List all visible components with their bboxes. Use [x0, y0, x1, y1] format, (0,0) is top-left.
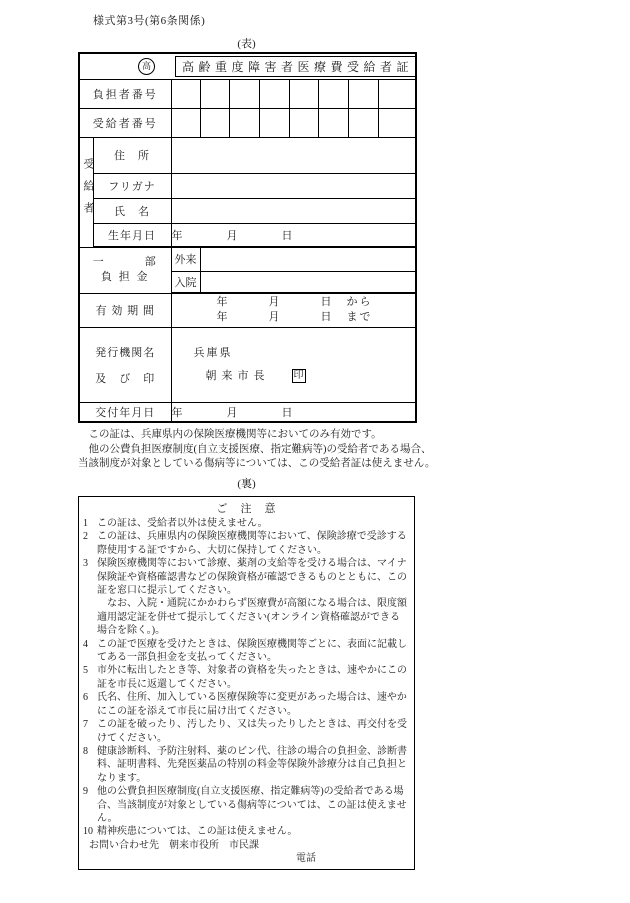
note-text: 他の公費負担医療制度(自立支援医療、指定難病等)の受給者である場	[97, 785, 404, 798]
note-line: にこの証を添えて市長に届け出てください。	[83, 705, 410, 718]
kou-circle-stamp: 高	[138, 58, 155, 75]
front-note-line: 当該制度が対象としている傷病等については、この受給者証は使えません。	[78, 457, 438, 472]
recipient-number-label: 受給者番号	[79, 108, 171, 137]
payer-number-digit-cell	[171, 79, 200, 108]
note-number	[83, 651, 97, 664]
issuer-mayor: 朝来市長	[206, 369, 270, 383]
recipient-number-digit-cell	[200, 108, 229, 137]
note-number	[83, 799, 97, 812]
note-number	[83, 812, 97, 825]
name-label: 氏 名	[93, 198, 171, 223]
outpatient-label: 外来	[171, 247, 200, 271]
note-text: なります。	[97, 772, 146, 785]
issuer-label-line2: 及 び 印	[95, 370, 155, 386]
note-line: 5 市外に転出したとき等、対象者の資格を失ったときは、速やかにこの	[83, 664, 410, 677]
note-number: 2	[83, 530, 97, 543]
note-text: 市外に転出したとき等、対象者の資格を失ったときは、速やかにこの	[97, 664, 407, 677]
note-line: てある一部負担金を支払ってください。	[83, 651, 410, 664]
note-line: 6 氏名、住所、加入している医療保険等に変更があった場合は、速やか	[83, 691, 410, 704]
copayment-label-line1: 一 部	[80, 255, 171, 270]
front-note-line: 他の公費負担医療制度(自立支援医療、指定難病等)の受給者である場合、	[78, 443, 438, 458]
note-number: 4	[83, 638, 97, 651]
recipient-number-open-cell	[378, 108, 416, 137]
note-number	[83, 597, 97, 610]
note-text: ん。	[97, 812, 118, 825]
recipient-number-digit-cell	[259, 108, 289, 137]
birthdate-label: 生年月日	[93, 223, 171, 247]
recipient-number-digit-cell	[229, 108, 259, 137]
note-number	[83, 571, 97, 584]
note-text: 場合を除く。)。	[97, 624, 165, 637]
note-number	[83, 584, 97, 597]
note-line: 際使用する証ですから、大切に保持してください。	[83, 544, 410, 557]
certificate-title: 高齢重度障害者医療費受給者証	[175, 56, 416, 77]
issuer-prefecture: 兵庫県	[172, 346, 416, 360]
copayment-label: 一 部 負 担 金	[79, 247, 171, 293]
note-line: ん。	[83, 812, 410, 825]
issuer-label: 発行機関名 及 び 印	[79, 327, 171, 402]
payer-number-digit-cell	[200, 79, 229, 108]
copayment-label-line2: 負 担 金	[80, 270, 171, 285]
outpatient-value-cell	[200, 247, 416, 271]
note-text: なお、入院・通院にかかわらず医療費が高額になる場合は、限度額	[97, 597, 407, 610]
note-line: なります。	[83, 772, 410, 785]
front-side-marker: (表)	[78, 35, 415, 51]
note-number	[83, 624, 97, 637]
note-text: この証は、兵庫県内の保険医療機関等において、保険診療で受診する	[97, 530, 407, 543]
note-line: 10 精神疾患については、この証は使えません。	[83, 825, 410, 838]
note-number	[83, 705, 97, 718]
note-number: 3	[83, 557, 97, 570]
note-text: 健康診断料、予防注射料、薬のビン代、往診の場合の負担金、診断書	[97, 745, 407, 758]
note-line: 保険証や資格確認書などの保険資格が確認できるものとともに、この	[83, 571, 410, 584]
recipient-number-digit-cell	[171, 108, 200, 137]
note-text: この証は、受給者以外は使えません。	[97, 517, 268, 530]
front-validity-notes: この証は、兵庫県内の保険医療機関等においてのみ有効です。 他の公費負担医療制度(…	[78, 428, 438, 472]
address-value-cell	[171, 137, 416, 173]
valid-period-to: 年 月 日 まで	[172, 310, 416, 325]
recipient-number-digit-cell	[318, 108, 348, 137]
furigana-label: フリガナ	[93, 173, 171, 198]
name-value-cell	[171, 198, 416, 223]
note-line: 適用認定証を併せて提示してください(オンライン資格確認ができる	[83, 611, 410, 624]
issuer-label-line1: 発行機関名	[95, 344, 155, 360]
inpatient-value-cell	[200, 271, 416, 293]
contact-info: お問い合わせ先 朝来市役所 市民課	[83, 839, 410, 852]
birthdate-value-cell: 年 月 日	[171, 223, 416, 247]
note-number	[83, 732, 97, 745]
note-line: なお、入院・通院にかかわらず医療費が高額になる場合は、限度額	[83, 597, 410, 610]
note-line: けてください。	[83, 732, 410, 745]
front-note-line: この証は、兵庫県内の保険医療機関等においてのみ有効です。	[78, 428, 438, 443]
note-number: 5	[83, 664, 97, 677]
furigana-value-cell	[171, 173, 416, 198]
note-number	[83, 611, 97, 624]
certificate-front-table: 高 高齢重度障害者医療費受給者証 負担者番号 受給者番号	[78, 52, 417, 423]
scanned-form-page: 様式第3号(第6条関係) (表) 高 高齢重度障害者医療費受給者証 負担者番号	[0, 0, 630, 903]
note-text: この証を破ったり、汚したり、又は失ったりしたときは、再交付を受	[97, 718, 407, 731]
note-text: 適用認定証を併せて提示してください(オンライン資格確認ができる	[97, 611, 400, 624]
recipient-group-label: 受給者	[79, 137, 93, 247]
note-number: 6	[83, 691, 97, 704]
certificate-title-row: 高 高齢重度障害者医療費受給者証	[79, 53, 416, 79]
note-text: てある一部負担金を支払ってください。	[97, 651, 277, 664]
note-line: 料、証明書料、先発医薬品の特別の料金等保険外診療分は自己負担と	[83, 758, 410, 771]
back-notes-list: 1 この証は、受給者以外は使えません。 2 この証は、兵庫県内の保険医療機関等に…	[83, 517, 410, 839]
issue-date-value-cell: 年 月 日	[171, 402, 416, 422]
payer-number-digit-cell	[348, 79, 378, 108]
certificate-back-notes-box: ご 注 意 1 この証は、受給者以外は使えません。 2 この証は、兵庫県内の保険…	[78, 496, 415, 870]
note-line: 証を窓口に提示してください。	[83, 584, 410, 597]
note-line: 8 健康診断料、予防注射料、薬のビン代、往診の場合の負担金、診断書	[83, 745, 410, 758]
address-label: 住 所	[93, 137, 171, 173]
payer-number-label: 負担者番号	[79, 79, 171, 108]
note-line: 合、当該制度が対象としている傷病等については、この証は使えませ	[83, 799, 410, 812]
valid-period-value-cell: 年 月 日 から 年 月 日 まで	[171, 293, 416, 327]
note-number	[83, 772, 97, 785]
issuer-value-cell: 兵庫県 朝来市長 印	[171, 327, 416, 402]
note-number	[83, 678, 97, 691]
note-number: 9	[83, 785, 97, 798]
payer-number-end-cell	[378, 79, 416, 108]
issue-date-label: 交付年月日	[79, 402, 171, 422]
note-text: 料、証明書料、先発医薬品の特別の料金等保険外診療分は自己負担と	[97, 758, 407, 771]
note-line: 3 保険医療機関等において診療、薬剤の支給等を受ける場合は、マイナ	[83, 557, 410, 570]
note-text: 精神疾患については、この証は使えません。	[97, 825, 297, 838]
note-text: 際使用する証ですから、大切に保持してください。	[97, 544, 327, 557]
seal-placeholder: 印	[292, 369, 306, 383]
back-notes-header: ご 注 意	[83, 501, 410, 517]
note-line: 証を市長に返還してください。	[83, 678, 410, 691]
note-text: けてください。	[97, 732, 167, 745]
note-text: 証を窓口に提示してください。	[97, 584, 237, 597]
note-text: 合、当該制度が対象としている傷病等については、この証は使えませ	[97, 799, 407, 812]
note-text: 保険証や資格確認書などの保険資格が確認できるものとともに、この	[97, 571, 407, 584]
note-number	[83, 758, 97, 771]
note-text: にこの証を添えて市長に届け出てください。	[97, 705, 297, 718]
payer-number-digit-cell	[289, 79, 318, 108]
recipient-number-digit-cell	[289, 108, 318, 137]
payer-number-digit-cell	[229, 79, 259, 108]
valid-period-from: 年 月 日 から	[172, 295, 416, 310]
note-text: 保険医療機関等において診療、薬剤の支給等を受ける場合は、マイナ	[97, 557, 407, 570]
form-number: 様式第3号(第6条関係)	[93, 12, 205, 28]
note-line: 2 この証は、兵庫県内の保険医療機関等において、保険診療で受診する	[83, 530, 410, 543]
valid-period-label: 有 効 期 間	[79, 293, 171, 327]
note-line: 場合を除く。)。	[83, 624, 410, 637]
back-side-marker: (裏)	[78, 475, 415, 491]
note-text: 氏名、住所、加入している医療保険等に変更があった場合は、速やか	[97, 691, 407, 704]
recipient-number-digit-cell	[348, 108, 378, 137]
note-number: 10	[83, 825, 97, 838]
note-text: 証を市長に返還してください。	[97, 678, 237, 691]
note-number: 8	[83, 745, 97, 758]
note-text: この証で医療を受けたときは、保険医療機関等ごとに、表面に記載し	[97, 638, 407, 651]
payer-number-digit-cell	[318, 79, 348, 108]
note-line: 9 他の公費負担医療制度(自立支援医療、指定難病等)の受給者である場	[83, 785, 410, 798]
recipient-group-vertical-text: 受給者	[80, 158, 93, 224]
note-number: 7	[83, 718, 97, 731]
phone-label: 電話	[83, 852, 410, 865]
note-line: 7 この証を破ったり、汚したり、又は失ったりしたときは、再交付を受	[83, 718, 410, 731]
note-line: 4 この証で医療を受けたときは、保険医療機関等ごとに、表面に記載し	[83, 638, 410, 651]
note-number: 1	[83, 517, 97, 530]
payer-number-digit-cell	[259, 79, 289, 108]
note-number	[83, 544, 97, 557]
inpatient-label: 入院	[171, 271, 200, 293]
note-line: 1 この証は、受給者以外は使えません。	[83, 517, 410, 530]
